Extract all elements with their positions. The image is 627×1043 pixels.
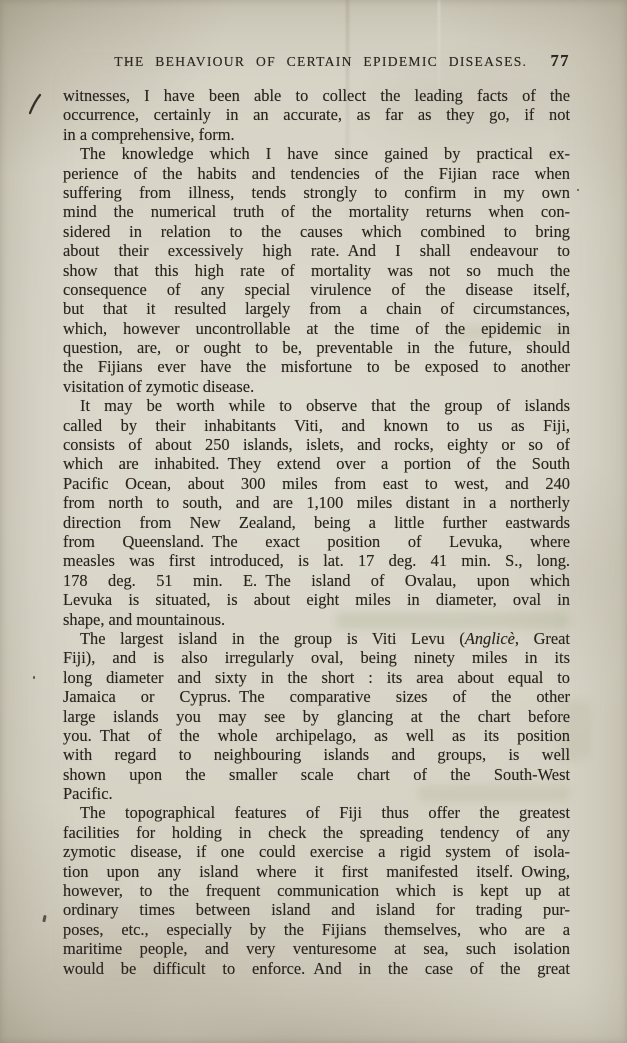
text-line: the Fijians ever have the misfortune to … [63,357,570,376]
text-line: Jamaica or Cyprus. The comparative sizes… [63,687,570,706]
text-line: mind the numerical truth of the mortalit… [63,202,570,221]
ink-speck [33,676,35,679]
text-line: maritime people, and very venturesome at… [63,939,570,958]
running-header-title: THE BEHAVIOUR OF CERTAIN EPIDEMIC DISEAS… [77,54,565,70]
text-line: shown upon the smaller scale chart of th… [63,765,570,784]
text-line: poses, etc., especially by the Fijians t… [63,920,570,939]
text-line: called by their inhabitants Viti, and kn… [63,416,570,435]
text-line: with regard to neighbouring islands and … [63,745,570,764]
page-body: witnesses, I have been able to collect t… [63,86,570,978]
text-line: Pacific Ocean, about 300 miles from east… [63,474,570,493]
text-line: from north to south, and are 1,100 miles… [63,493,570,512]
text-line: which, however uncontrollable at the tim… [63,319,570,338]
text-line: Pacific. [63,784,570,803]
text-line: question, are, or ought to be, preventab… [63,338,570,357]
text-line: consists of about 250 islands, islets, a… [63,435,570,454]
paragraph-1: witnesses, I have been able to collect t… [63,86,570,144]
text-line: Fiji), and is also irregularly oval, bei… [63,648,570,667]
text-line: shape, and mountainous. [63,610,570,629]
text-line: occurrence, certainly in an accurate, as… [63,105,570,124]
text-line: would be difficult to enforce. And in th… [63,959,570,978]
text-segment: , Great [515,629,570,648]
text-line: but that it resulted largely from a chai… [63,299,570,318]
paragraph-5: The topographical features of Fiji thus … [63,803,570,978]
text-line: Levuka is situated, is about eight miles… [63,590,570,609]
text-line: The largest island in the group is Viti … [63,629,570,648]
text-line: zymotic disease, if one could exercise a… [63,842,570,861]
text-line: It may be worth while to observe that th… [63,396,570,415]
text-line: in a comprehensive, form. [63,125,570,144]
ink-speck [577,189,579,191]
text-line: long diameter and sixty in the short : i… [63,668,570,687]
text-line: you. That of the whole archipelago, as w… [63,726,570,745]
paragraph-3: It may be worth while to observe that th… [63,396,570,629]
text-line: direction from New Zealand, being a litt… [63,513,570,532]
text-line: which are inhabited. They extend over a … [63,454,570,473]
text-line: facilities for holding in check the spre… [63,823,570,842]
text-line: 178 deg. 51 min. E. The island of Ovalau… [63,571,570,590]
text-line: measles was first introduced, is lat. 17… [63,551,570,570]
text-line: The knowledge which I have since gained … [63,144,570,163]
text-line: tion upon any island where it first mani… [63,862,570,881]
text-line: however, to the frequent communication w… [63,881,570,900]
ink-speck [42,915,46,922]
text-line: about their excessively high rate. And I… [63,241,570,260]
text-line: show that this high rate of mortality wa… [63,261,570,280]
text-line: The topographical features of Fiji thus … [63,803,570,822]
text-line: ordinary times between island and island… [63,900,570,919]
scanned-book-page: THE BEHAVIOUR OF CERTAIN EPIDEMIC DISEAS… [0,0,627,1043]
pen-stroke-mark [27,92,43,116]
text-line: perience of the habits and tendencies of… [63,164,570,183]
paragraph-2: The knowledge which I have since gained … [63,144,570,396]
text-line: consequence of any special virulence of … [63,280,570,299]
text-line: sidered in relation to the causes which … [63,222,570,241]
text-line: visitation of zymotic disease. [63,377,570,396]
text-line: large islands you may see by glancing at… [63,707,570,726]
text-line: suffering from illness, tends strongly t… [63,183,570,202]
paragraph-4: The largest island in the group is Viti … [63,629,570,804]
text-line: witnesses, I have been able to collect t… [63,86,570,105]
text-line: from Queensland. The exact position of L… [63,532,570,551]
italic-text-anglice: Anglicè [465,629,515,648]
running-header: THE BEHAVIOUR OF CERTAIN EPIDEMIC DISEAS… [63,51,570,69]
text-segment: The largest island in the group is Viti … [80,629,465,648]
